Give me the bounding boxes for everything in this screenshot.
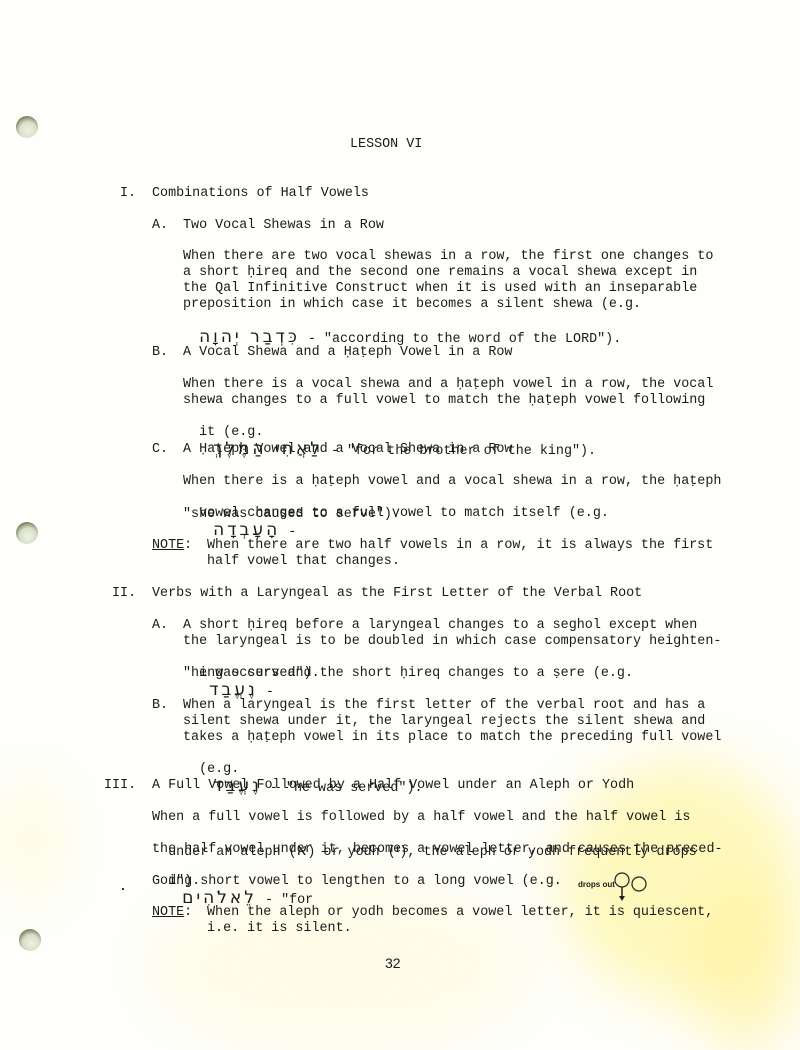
paragraph-line: shewa changes to a full vowel to match t…	[183, 393, 705, 409]
hole-punch	[16, 116, 38, 138]
paragraph-line: A short ḥireq before a laryngeal changes…	[183, 618, 697, 634]
paragraph-line: a short ḥireq and the second one remains…	[183, 265, 697, 281]
section-numeral: I.	[120, 186, 136, 202]
example-prefix: ing short vowel to lengthen to a long vo…	[168, 874, 562, 889]
note-line: When there are two half vowels in a row,…	[207, 538, 713, 554]
yellow-stain	[0, 780, 60, 900]
paragraph-line: preposition in which case it becomes a s…	[183, 297, 641, 313]
subsection-letter: A.	[152, 218, 168, 234]
page-number: 32	[385, 955, 401, 971]
subsection-heading: A Ḥaṭeph Vowel and a Vocal Shewa in a Ro…	[183, 442, 512, 458]
paragraph-line: silent shewa under it, the laryngeal rej…	[183, 714, 705, 730]
subsection-heading: Two Vocal Shewas in a Row	[183, 218, 384, 234]
subsection-heading: A Vocal Shewa and a Ḥaṭeph Vowel in a Ro…	[183, 345, 512, 361]
note-line: half vowel that changes.	[207, 554, 400, 570]
hebrew-example: נֶעֱבַד	[209, 682, 258, 698]
paragraph-line: takes a ḥaṭeph vowel in its place to mat…	[183, 730, 721, 746]
paragraph-line: "he was served").	[183, 666, 320, 682]
hole-punch	[19, 929, 41, 951]
stray-mark	[122, 888, 124, 890]
paragraph-line: the half vowel under it, becomes a vowel…	[152, 842, 723, 858]
hebrew-example: לֵאלֹהִים	[182, 890, 257, 906]
paragraph-line: God").	[152, 874, 200, 890]
example-prefix: (e.g.	[199, 762, 239, 777]
paragraph-line: When there is a ḥaṭeph vowel and a vocal…	[183, 474, 721, 490]
note-label: NOTE:	[152, 538, 192, 554]
section-heading: Verbs with a Laryngeal as the First Lett…	[152, 586, 642, 602]
note-line: When the aleph or yodh becomes a vowel l…	[207, 905, 713, 921]
hebrew-example: כִּדְבַר יְהוָה	[199, 329, 300, 345]
subsection-letter: B.	[152, 345, 168, 361]
page-title: LESSON VI	[350, 137, 422, 153]
section-numeral: III.	[104, 778, 136, 794]
paragraph-line: the laryngeal is to be doubled in which …	[183, 634, 721, 650]
section-heading: Combinations of Half Vowels	[152, 186, 369, 202]
hole-punch	[16, 522, 38, 544]
subsection-letter: B.	[152, 698, 168, 714]
paragraph-line: the Qal Infinitive Construct when it is …	[183, 281, 697, 297]
example-line: ing short vowel to lengthen to a long vo…	[152, 858, 562, 909]
paragraph-line: When there are two vocal shewas in a row…	[183, 249, 713, 265]
paragraph-line: When there is a vocal shewa and a ḥaṭeph…	[183, 377, 713, 393]
paragraph-line: When a laryngeal is the first letter of …	[183, 698, 705, 714]
drop-arrow-icon	[612, 872, 652, 902]
paragraph-line: When a full vowel is followed by a half …	[152, 810, 690, 826]
handwritten-annotation: drops out	[578, 880, 615, 889]
note-line: i.e. it is silent.	[207, 921, 352, 937]
section-heading: A Full Vowel Followed by a Half Vowel un…	[152, 778, 634, 794]
subsection-letter: A.	[152, 618, 168, 634]
section-numeral: II.	[112, 586, 136, 602]
hebrew-example: הָעָבְדָה	[213, 522, 280, 538]
subsection-letter: C.	[152, 442, 168, 458]
paragraph-line: "she was caused to serve").	[183, 507, 400, 523]
note-label: NOTE:	[152, 905, 192, 921]
example-prefix: it (e.g.	[199, 425, 263, 440]
example-line: כִּדְבַר יְהוָה - "according to the word…	[183, 313, 621, 348]
